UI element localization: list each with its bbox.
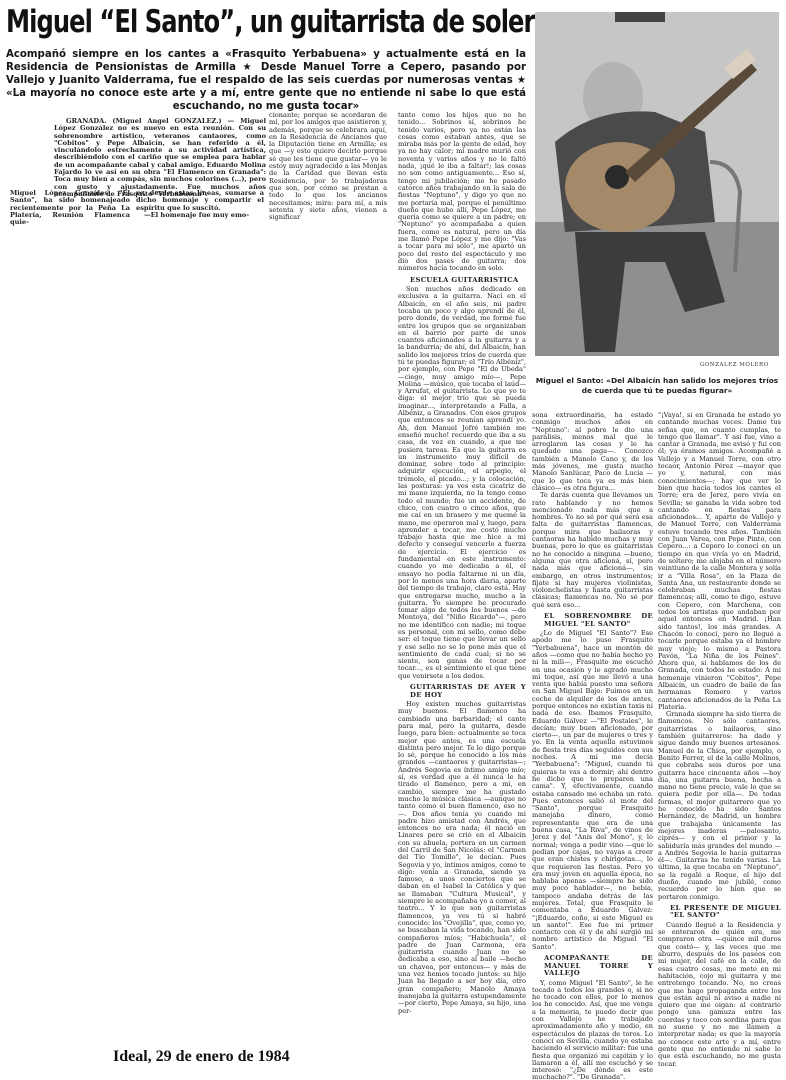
column-6-text-b: Granada siempre ha sido tierra de flamen… [658, 711, 781, 901]
subheading-presente: EL PRESENTE DE MIGUEL "EL SANTO" [670, 905, 781, 920]
source-citation: Ideal, 29 de enero de 1984 [113, 1048, 290, 1066]
photo-caption: Miguel el Santo: «Del Albaicín han salid… [532, 376, 782, 396]
column-3: cionante; porque se acordaran de mí, por… [269, 112, 387, 221]
intro-text: GRANADA. (Miguel Angel GONZALEZ.) — Migu… [54, 118, 266, 198]
subheading-guitarristas: GUITARRISTAS DE AYER Y DE HOY [410, 684, 526, 699]
deck-subheadline: Acompañó siempre en los cantes a «Frasqu… [6, 48, 526, 113]
column-6-text-a: "¡Vaya!, si en Granada he estado yo cant… [658, 412, 781, 711]
column-5-text-a: sona extraordinaria, ha estado conmigo m… [532, 412, 653, 492]
column-1: Miguel López Gonzáles, "El Santo", ha si… [10, 190, 130, 226]
column-5-text-c: ¿Lo de Miguel "El Santo"? Ese apodo me l… [532, 630, 653, 951]
column-2-text-b: —El homenaje fue muy emo- [136, 212, 264, 219]
column-1-text: Miguel López Gonzáles, "El Santo", ha si… [10, 190, 130, 226]
column-5-text-d: Y, como Miguel "El Santo", le he tocado … [532, 980, 653, 1080]
column-4-text-c: Hoy existen muchos guitarristas muy buen… [398, 701, 526, 1015]
photo-credit: GONZALEZ MOLERO [700, 362, 769, 368]
column-2-text-a: re, desde estas líneas, sumarse a dicho … [136, 190, 264, 212]
headline: Miguel “El Santo”, un guitarrista de sol… [6, 4, 529, 40]
guitarist-photo [535, 12, 779, 356]
column-6: "¡Vaya!, si en Granada he estado yo cant… [658, 412, 781, 1068]
column-5: sona extraordinaria, ha estado conmigo m… [532, 412, 653, 1080]
intro-paragraph: GRANADA. (Miguel Angel GONZALEZ.) — Migu… [54, 118, 266, 198]
column-6-text-c: Cuando llegué a la Residencia y se enter… [658, 922, 781, 1068]
column-3-text: cionante; porque se acordaran de mí, por… [269, 112, 387, 221]
column-4: tanto como los hijos que no he tenido...… [398, 112, 526, 1015]
guitarist-illustration-icon [535, 12, 779, 356]
column-4-text-b: Son muchos años dedicado en exclusiva a … [398, 286, 526, 680]
subheading-escuela: ESCUELA GUITARRISTICA [410, 277, 526, 285]
column-2: re, desde estas líneas, sumarse a dicho … [136, 190, 264, 219]
column-4-text-a: tanto como los hijos que no he tenido...… [398, 112, 526, 273]
column-5-text-b: Te darás cuenta que llevamos un rato hab… [532, 492, 653, 609]
subheading-acompanante: ACOMPAÑANTE DE MANUEL TORRE Y VALLEJO [544, 955, 653, 978]
subheading-sobrenombre: EL SOBRENOMBRE DE MIGUEL "EL SANTO" [544, 613, 653, 628]
